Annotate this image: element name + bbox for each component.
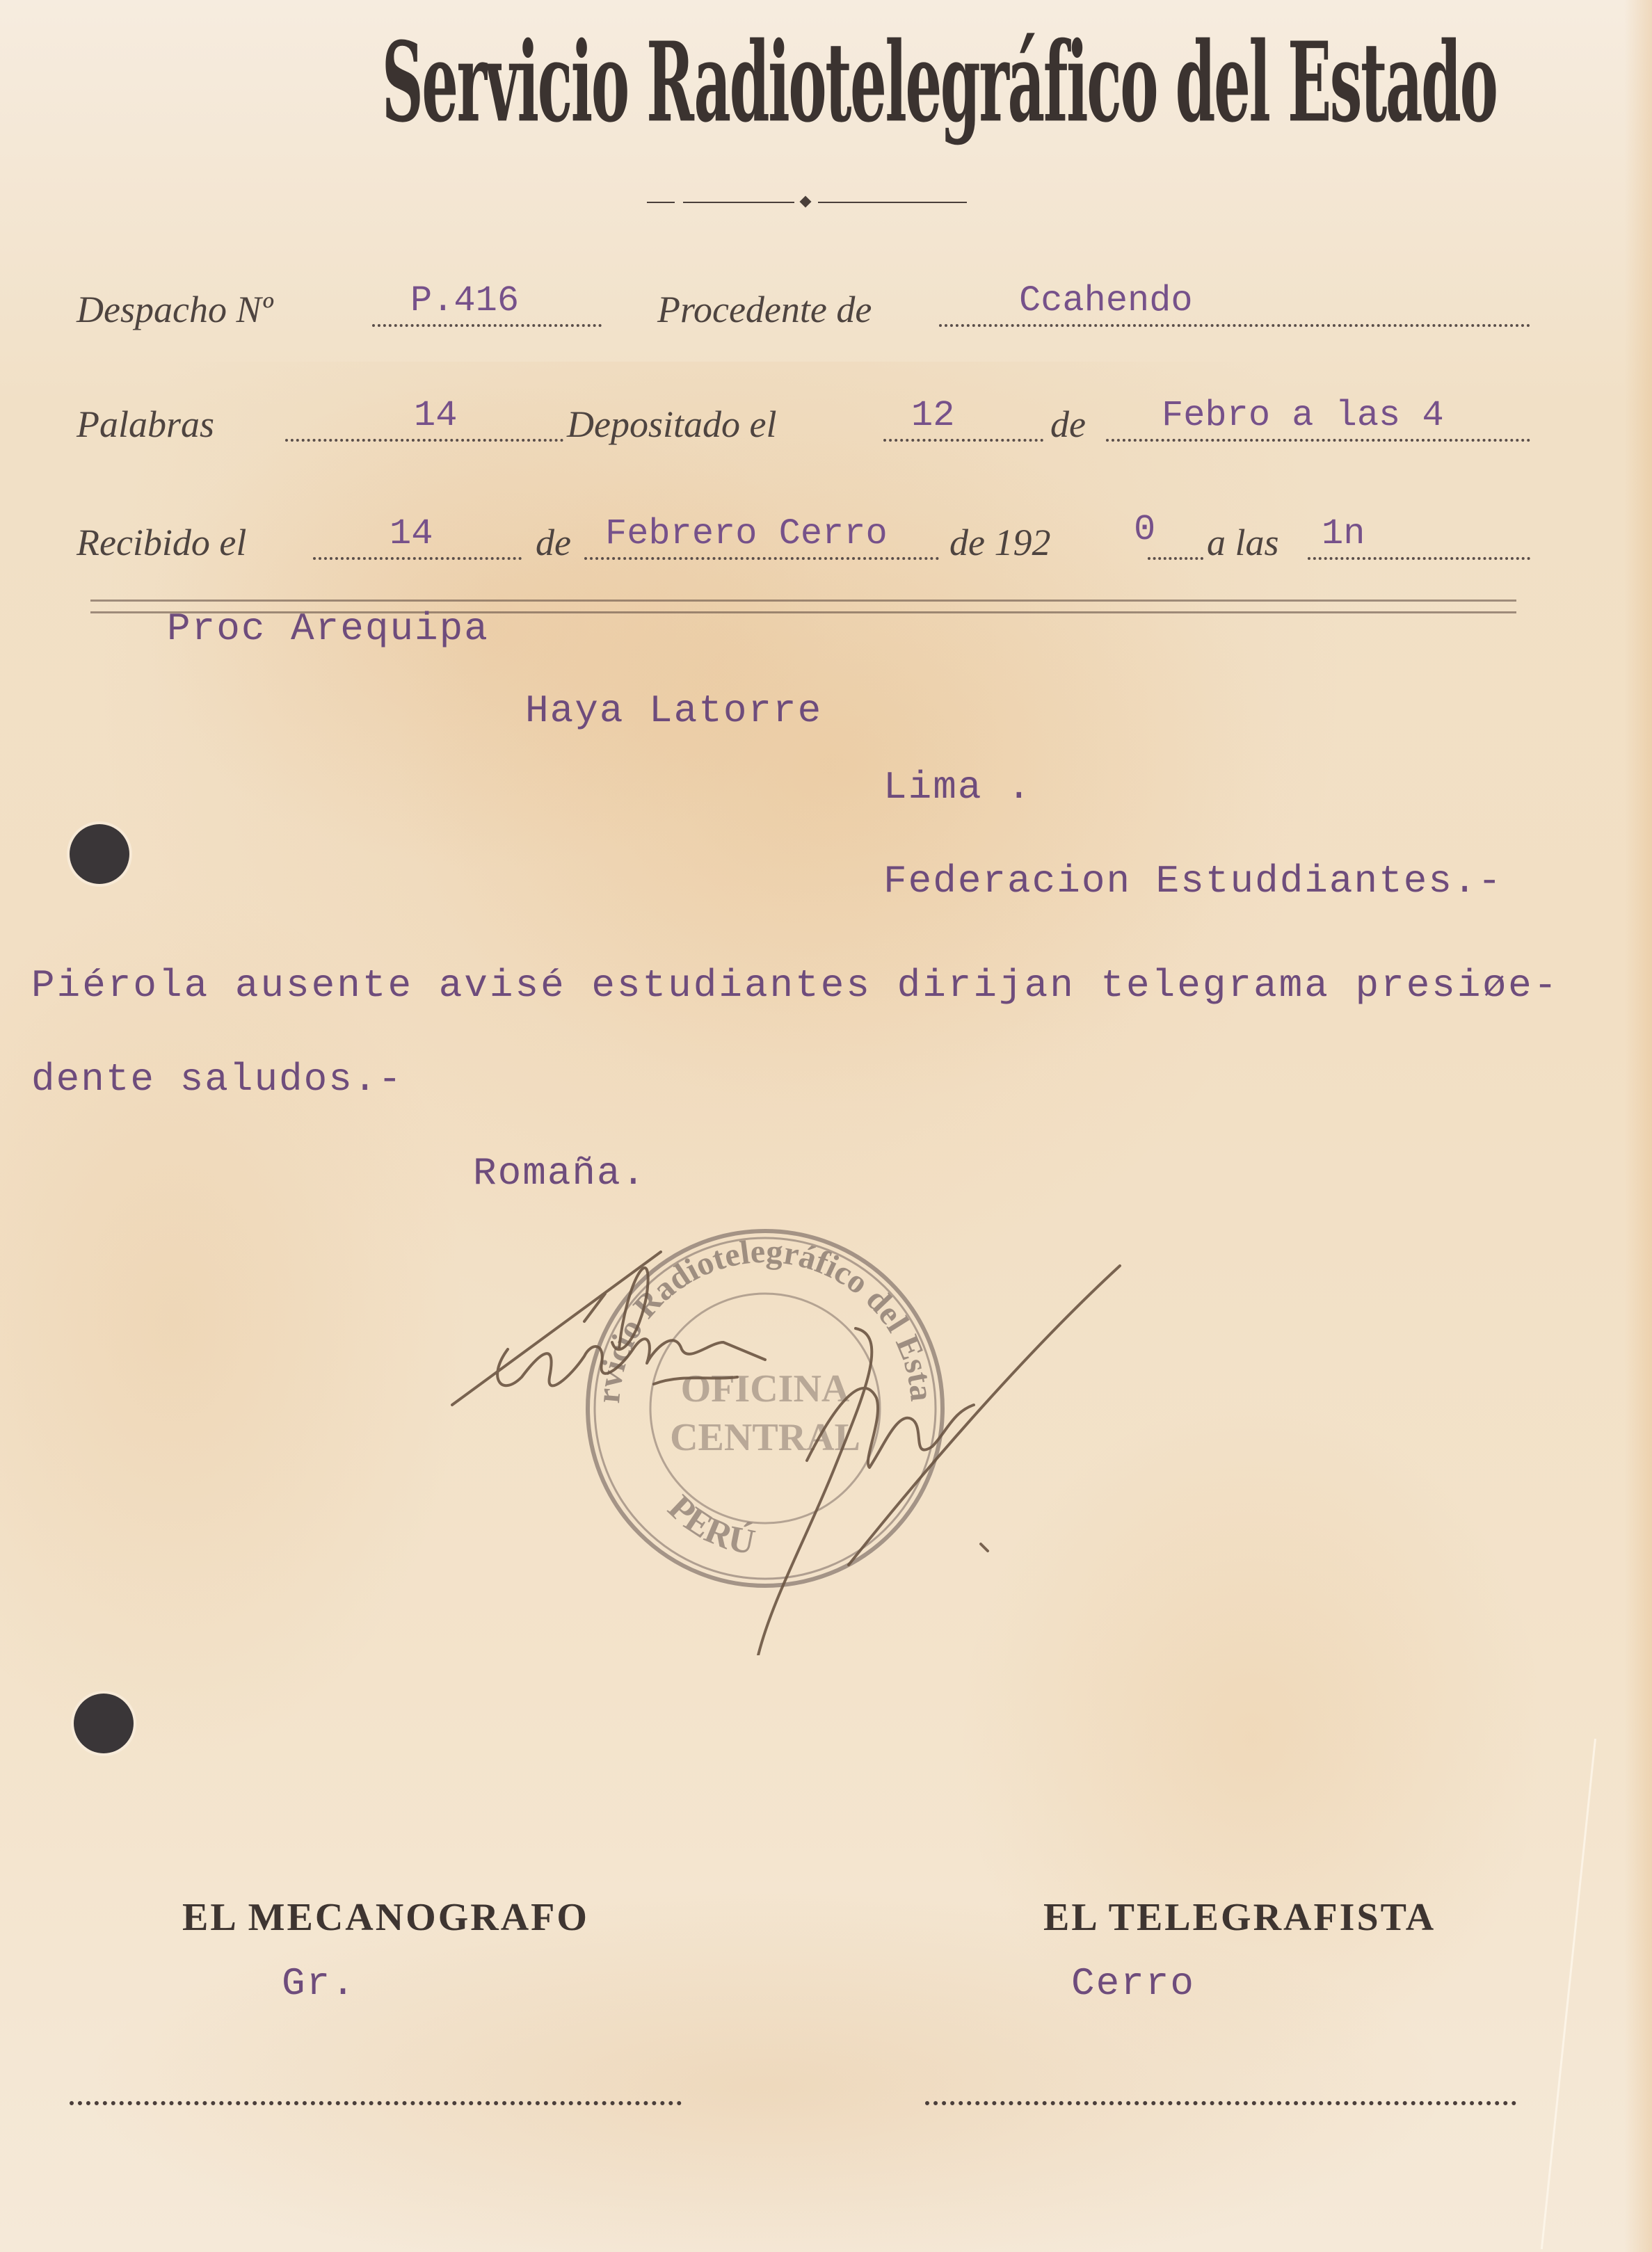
despacho-label: Despacho Nº	[77, 288, 273, 331]
mecanografo-value: Gr.	[282, 1961, 356, 2006]
procedente-label: Procedente de	[657, 288, 872, 331]
procedente-value: Ccahendo	[1019, 280, 1193, 321]
message-recipient: Haya Latorre	[525, 689, 822, 733]
recibido-year-dotted-line	[1148, 553, 1203, 560]
handwritten-signature-icon	[445, 1238, 1127, 1655]
message-body-line-2: dente saludos.-	[31, 1057, 403, 1102]
depositado-day-value: 12	[911, 395, 954, 436]
punch-hole-upper	[70, 824, 129, 884]
mecanografo-signature-line	[70, 2097, 682, 2105]
form-row-recibido: Recibido el 14 de Febrero Cerro de 192 0…	[77, 511, 1537, 574]
document-title: Servicio Radiotelegráfico del Estado	[382, 28, 1290, 138]
telegrafista-label: EL TELEGRAFISTA	[1043, 1895, 1436, 1940]
recibido-year-label: de 192	[949, 521, 1050, 564]
form-row-despacho: Despacho Nº P.416 Procedente de Ccahendo	[77, 278, 1537, 341]
telegram-document: Servicio Radiotelegráfico del Estado Des…	[0, 0, 1652, 2252]
message-organization: Federacion Estuddiantes.-	[883, 859, 1502, 903]
message-body-line-1: Piérola ausente avisé estudiantes dirija…	[31, 963, 1559, 1008]
telegrafista-signature-line	[925, 2097, 1516, 2105]
message-origin: Proc Arequipa	[167, 606, 489, 651]
recibido-month-value: Febrero Cerro	[605, 513, 888, 554]
title-ornament-rule	[647, 199, 967, 206]
depositado-day-dotted-line	[883, 435, 1043, 442]
depositado-label: Depositado el	[567, 403, 776, 446]
telegrafista-value: Cerro	[1071, 1961, 1195, 2006]
recibido-day-value: 14	[390, 513, 433, 554]
paper-fold-crease	[1541, 1739, 1596, 2249]
recibido-a-las-label: a las	[1207, 521, 1279, 564]
paper-edge-shadow	[1624, 0, 1652, 2252]
message-city: Lima .	[883, 765, 1032, 810]
mecanografo-label: EL MECANOGRAFO	[182, 1895, 589, 1940]
message-sender: Romaña.	[473, 1151, 646, 1196]
depositado-de-label: de	[1050, 403, 1086, 446]
palabras-label: Palabras	[77, 403, 214, 446]
recibido-label: Recibido el	[77, 521, 246, 564]
recibido-de-label: de	[536, 521, 571, 564]
recibido-year-value: 0	[1134, 509, 1155, 550]
despacho-value: P.416	[410, 280, 519, 321]
form-row-palabras: Palabras 14 Depositado el 12 de Febro a …	[77, 393, 1537, 456]
palabras-value: 14	[414, 395, 457, 436]
depositado-month-time-value: Febro a las 4	[1162, 395, 1444, 436]
punch-hole-lower	[74, 1694, 134, 1753]
recibido-time-value: 1n	[1322, 513, 1365, 554]
